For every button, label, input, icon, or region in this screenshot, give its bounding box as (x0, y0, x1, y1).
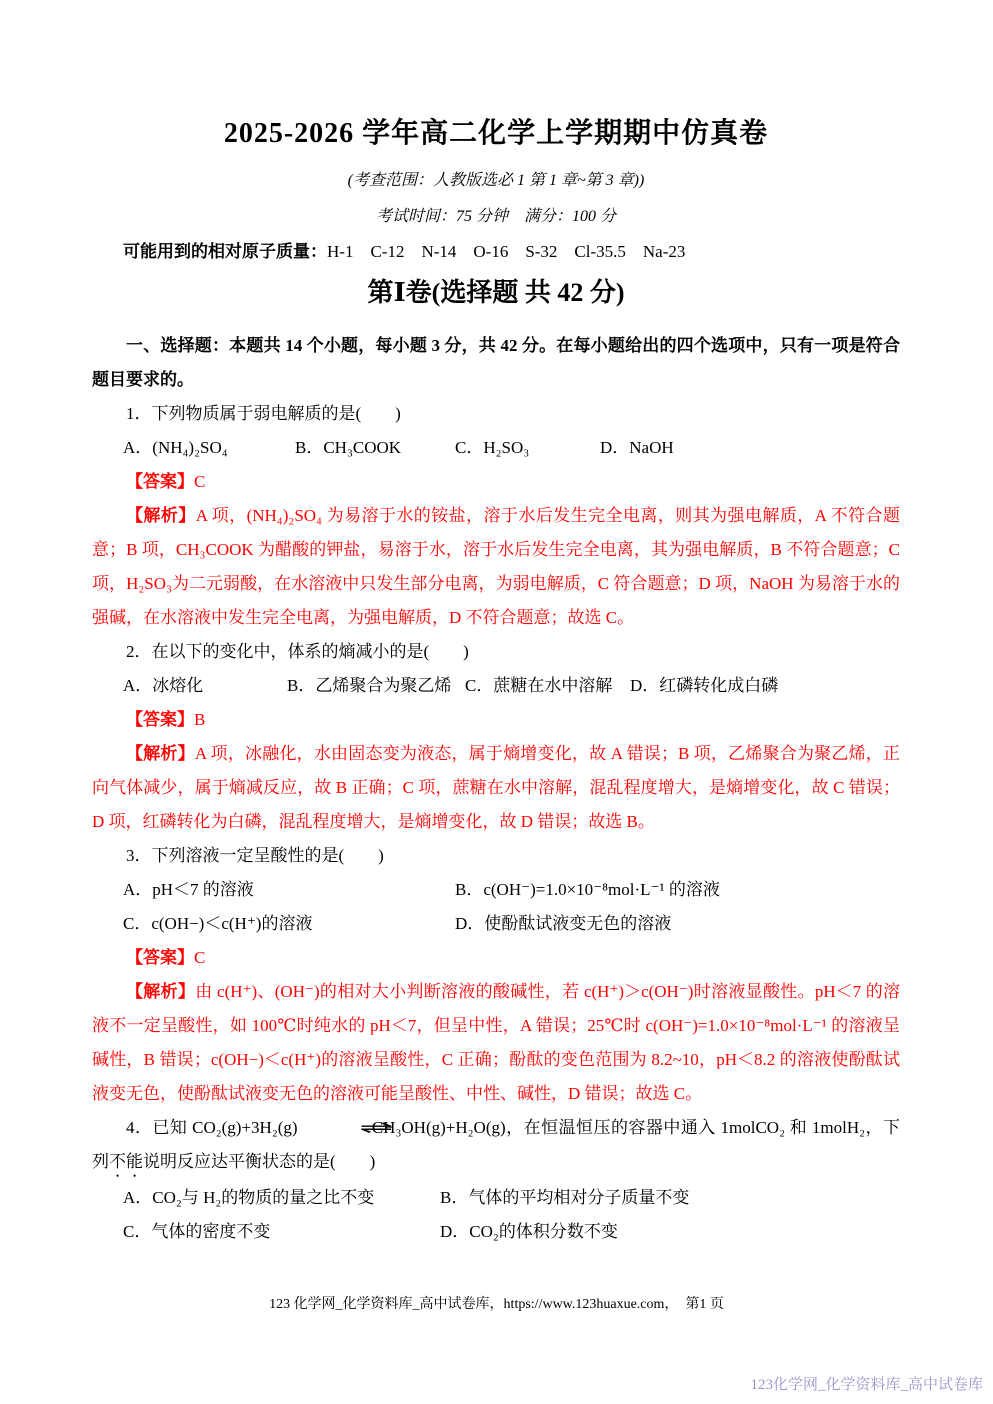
option-d: D．使酚酞试液变无色的溶液 (455, 907, 671, 941)
question-3-stem: 3．下列溶液一定呈酸性的是( ) (92, 839, 900, 873)
analysis-text: A 项，冰融化，水由固态变为液态，属于熵增变化，故 A 错误；B 项，乙烯聚合为… (92, 744, 900, 831)
answer-value: C (194, 948, 205, 967)
option-a: A．(NH₄)₂SO₄ (123, 431, 295, 465)
option-c: C．气体的密度不变 (123, 1215, 440, 1249)
question-3-answer: 【答案】C (92, 941, 900, 975)
site-watermark: 123化学网_化学资料库_高中试卷库 (750, 1374, 983, 1396)
exam-page: 2025-2026 学年高二化学上学期期中仿真卷 (考查范围：人教版选必 1 第… (0, 0, 993, 1249)
question-1-options: A．(NH₄)₂SO₄ B．CH₃COOK C．H₂SO₃ D．NaOH (92, 431, 900, 465)
option-b: B．CH₃COOK (295, 431, 455, 465)
analysis-label: 【解析】 (126, 982, 195, 1001)
question-1-answer: 【答案】C (92, 465, 900, 499)
analysis-text: A 项，(NH₄)₂SO₄ 为易溶于水的铵盐，溶于水后发生完全电离，则其为强电解… (92, 506, 900, 627)
analysis-label: 【解析】 (126, 506, 196, 525)
question-3-options-row-1: A．pH＜7 的溶液 B．c(OH⁻)=1.0×10⁻⁸mol·L⁻¹ 的溶液 (92, 873, 900, 907)
page-title: 2025-2026 学年高二化学上学期期中仿真卷 (92, 0, 900, 156)
question-2-options: A．冰熔化 B．乙烯聚合为聚乙烯 C．蔗糖在水中溶解 D．红磷转化成白磷 (92, 669, 900, 703)
option-d: D．红磷转化成白磷 (630, 669, 778, 703)
option-d: D．CO₂的体积分数不变 (440, 1215, 618, 1249)
question-area: 一、选择题：本题共 14 个小题，每小题 3 分，共 42 分。在每小题给出的四… (92, 329, 900, 1249)
atomic-mass-values: H-1 C-12 N-14 O-16 S-32 Cl-35.5 Na-23 (327, 242, 685, 261)
question-4-stem: 4．已知 CO₂(g)+3H₂(g)⇌CH₃OH(g)+H₂O(g)，在恒温恒压… (92, 1111, 900, 1181)
question-2-answer: 【答案】B (92, 703, 900, 737)
question-1-stem: 1．下列物质属于弱电解质的是( ) (92, 397, 900, 431)
exam-info-line: 考试时间：75 分钟 满分：100 分 (92, 204, 900, 230)
equilibrium-arrow: ⇌ (277, 1111, 393, 1145)
option-a: A．冰熔化 (123, 669, 287, 703)
option-a: A．pH＜7 的溶液 (123, 873, 455, 907)
stem-text: 4．已知 CO₂(g)+3H₂(g) (126, 1118, 298, 1137)
answer-label: 【答案】 (126, 948, 194, 967)
page-footer: 123 化学网_化学资料库_高中试卷库，https://www.123huaxu… (0, 1294, 993, 1316)
option-b: B．c(OH⁻)=1.0×10⁻⁸mol·L⁻¹ 的溶液 (455, 873, 720, 907)
option-b: B．乙烯聚合为聚乙烯 (287, 669, 465, 703)
stem-text: 说明反应达平衡状态的是( ) (143, 1152, 375, 1171)
analysis-label: 【解析】 (126, 744, 195, 763)
question-3-analysis: 【解析】由 c(H⁺)、(OH⁻)的相对大小判断溶液的酸碱性，若 c(H⁺)＞c… (92, 975, 900, 1111)
question-2-stem: 2．在以下的变化中，体系的熵减小的是( ) (92, 635, 900, 669)
question-3-options-row-2: C．c(OH−)＜c(H⁺)的溶液 D．使酚酞试液变无色的溶液 (92, 907, 900, 941)
answer-value: B (194, 710, 205, 729)
question-2-analysis: 【解析】A 项，冰融化，水由固态变为液态，属于熵增变化，故 A 错误；B 项，乙… (92, 737, 900, 839)
analysis-text: 由 c(H⁺)、(OH⁻)的相对大小判断溶液的酸碱性，若 c(H⁺)＞c(OH⁻… (92, 982, 900, 1103)
atomic-mass-line: 可能用到的相对原子质量：H-1 C-12 N-14 O-16 S-32 Cl-3… (92, 238, 900, 265)
option-c: C．c(OH−)＜c(H⁺)的溶液 (123, 907, 455, 941)
option-b: B．气体的平均相对分子质量不变 (440, 1181, 689, 1215)
answer-label: 【答案】 (126, 472, 194, 491)
question-1-analysis: 【解析】A 项，(NH₄)₂SO₄ 为易溶于水的铵盐，溶于水后发生完全电离，则其… (92, 499, 900, 635)
question-4-options-row-2: C．气体的密度不变 D．CO₂的体积分数不变 (92, 1215, 900, 1249)
option-c: C．H₂SO₃ (455, 431, 600, 465)
answer-value: C (194, 472, 205, 491)
exam-scope-line: (考查范围：人教版选必 1 第 1 章~第 3 章)) (92, 168, 900, 194)
answer-label: 【答案】 (126, 710, 194, 729)
atomic-mass-label: 可能用到的相对原子质量： (123, 242, 327, 261)
stem-emphasis: 不能 (109, 1152, 143, 1171)
option-c: C．蔗糖在水中溶解 (465, 669, 630, 703)
option-d: D．NaOH (600, 431, 674, 465)
section-title: 第Ⅰ卷(选择题 共 42 分) (92, 269, 900, 317)
section-intro: 一、选择题：本题共 14 个小题，每小题 3 分，共 42 分。在每小题给出的四… (92, 329, 900, 397)
question-4-options-row-1: A．CO₂与 H₂的物质的量之比不变 B．气体的平均相对分子质量不变 (92, 1181, 900, 1215)
option-a: A．CO₂与 H₂的物质的量之比不变 (123, 1181, 440, 1215)
